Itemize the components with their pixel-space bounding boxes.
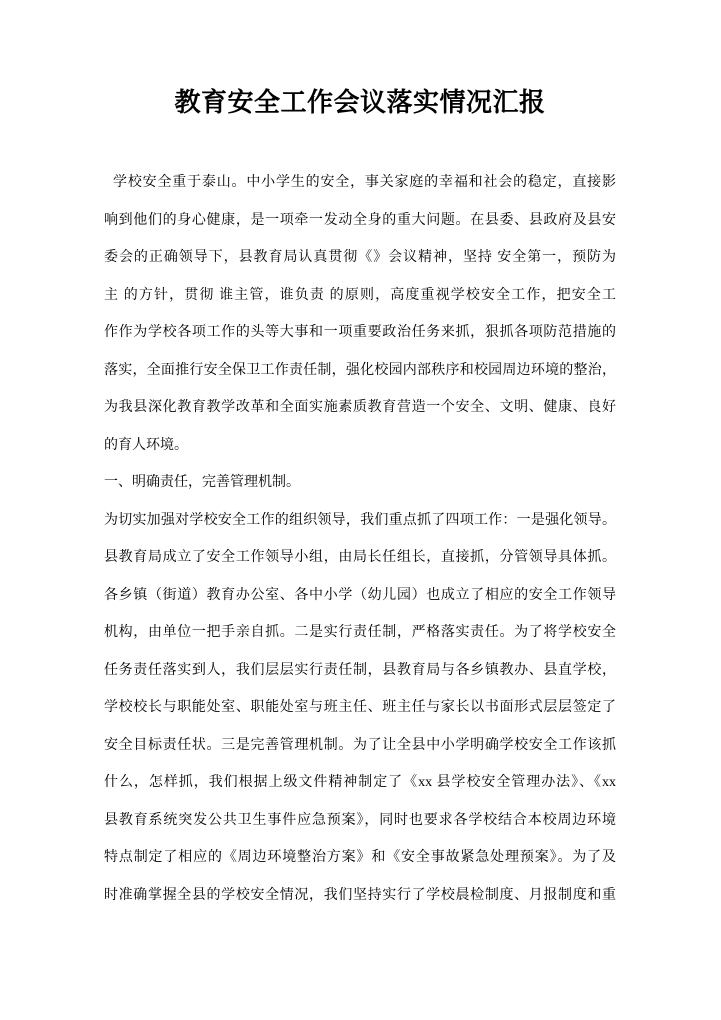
document-line: 安全目标责任状。三是完善管理机制。为了让全县中小学明确学校安全工作该抓 [104, 727, 616, 765]
document-line: 任务责任落实到人，我们层层实行责任制，县教育局与各乡镇教办、县直学校， [104, 652, 616, 690]
document-line: 为切实加强对学校安全工作的组织领导，我们重点抓了四项工作：一是强化领导。 [104, 502, 616, 540]
document-line: 学校安全重于泰山。中小学生的安全，事关家庭的幸福和社会的稳定，直接影 [104, 164, 616, 202]
document-line: 落实，全面推行安全保卫工作责任制，强化校园内部秩序和校园周边环境的整治， [104, 352, 616, 390]
document-line: 一、明确责任，完善管理机制。 [104, 464, 616, 502]
document-line: 时准确掌握全县的学校安全情况，我们坚持实行了学校晨检制度、月报制度和重 [104, 877, 616, 915]
document-line: 县教育局成立了安全工作领导小组，由局长任组长，直接抓，分管领导具体抓。 [104, 539, 616, 577]
document-line: 委会的正确领导下，县教育局认真贯彻《》会议精神，坚持 安全第一，预防为 [104, 239, 616, 277]
document-line: 机构，由单位一把手亲自抓。二是实行责任制，严格落实责任。为了将学校安全 [104, 614, 616, 652]
document-line: 什么，怎样抓，我们根据上级文件精神制定了《xx 县学校安全管理办法》、《xx [104, 764, 616, 802]
document-body: 学校安全重于泰山。中小学生的安全，事关家庭的幸福和社会的稳定，直接影响到他们的身… [104, 164, 616, 914]
document-page: 教育安全工作会议落实情况汇报 学校安全重于泰山。中小学生的安全，事关家庭的幸福和… [0, 0, 721, 1020]
document-line: 主 的方针，贯彻 谁主管，谁负责 的原则，高度重视学校安全工作，把安全工 [104, 277, 616, 315]
document-line: 学校校长与职能处室、职能处室与班主任、班主任与家长以书面形式层层签定了 [104, 689, 616, 727]
document-line: 各乡镇（街道）教育办公室、各中小学（幼儿园）也成立了相应的安全工作领导 [104, 577, 616, 615]
document-line: 特点制定了相应的《周边环境整治方案》和《安全事故紧急处理预案》。为了及 [104, 839, 616, 877]
document-line: 的育人环境。 [104, 427, 616, 465]
document-line: 县教育系统突发公共卫生事件应急预案》，同时也要求各学校结合本校周边环境 [104, 802, 616, 840]
document-line: 响到他们的身心健康，是一项牵一发动全身的重大问题。在县委、县政府及县安 [104, 202, 616, 240]
document-line: 作作为学校各项工作的头等大事和一项重要政治任务来抓，狠抓各项防范措施的 [104, 314, 616, 352]
document-title: 教育安全工作会议落实情况汇报 [104, 84, 616, 122]
document-line: 为我县深化教育教学改革和全面实施素质教育营造一个安全、文明、健康、良好 [104, 389, 616, 427]
